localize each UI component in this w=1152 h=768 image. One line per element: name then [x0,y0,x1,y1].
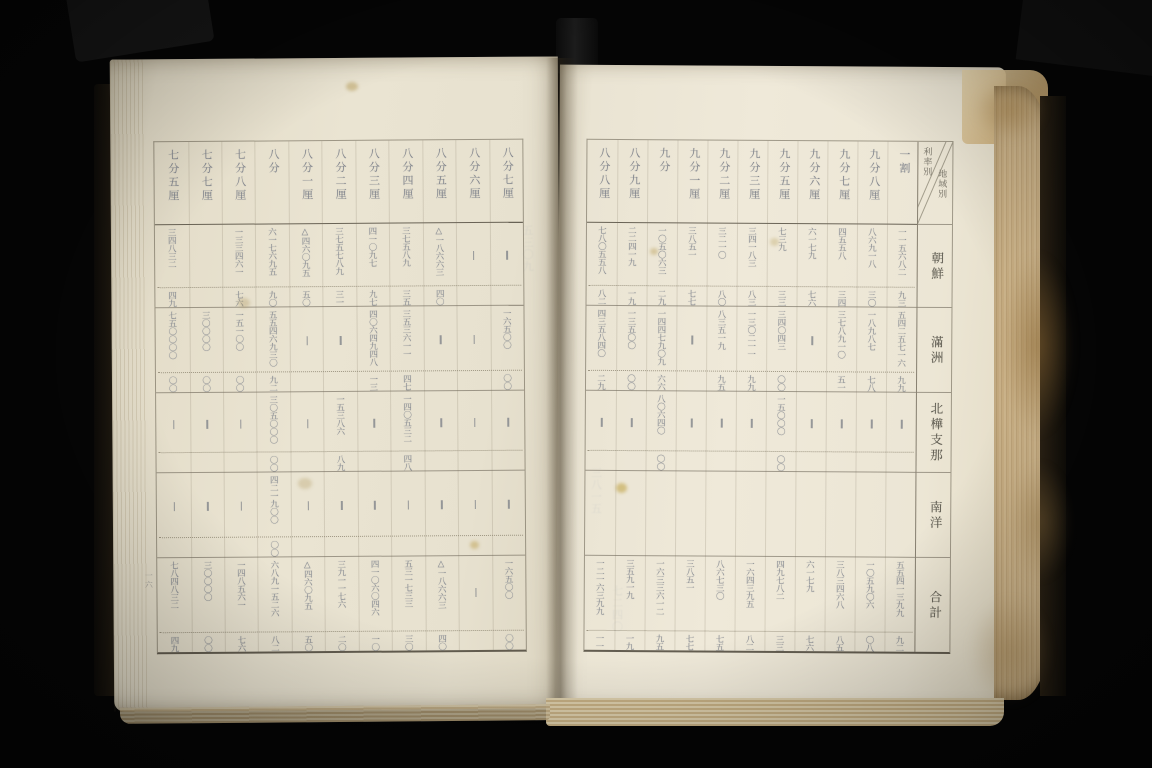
table-header-row: 七分五厘七分七厘七分八厘八分八分一厘八分二厘八分三厘八分四厘八分五厘八分六厘八分… [154,140,523,225]
column-header: 九分二厘 [716,148,732,202]
dash-mark [307,501,309,510]
amount-sen: 九二 [268,375,280,391]
column-header: 一割 [896,149,912,176]
decimal-separator-line [588,370,914,373]
amount-yen: 一四〇五三二 [401,394,413,442]
amount-sen: 二九 [656,289,668,305]
amount-yen: 八六七三〇 [714,560,726,600]
dash-mark [506,251,508,260]
dash-mark [341,501,343,510]
rate-table-left-page: 七分五厘七分七厘七分八厘八分八分一厘八分二厘八分三厘八分四厘八分五厘八分六厘八分… [153,139,527,655]
dash-mark [721,419,723,428]
dash-mark [601,418,603,427]
amount-sen: 三〇 [403,634,415,650]
table-header-row: 八分八厘八分九厘九分九分一厘九分二厘九分三厘九分五厘九分六厘九分七厘九分八厘一割 [587,140,917,224]
foxing-spot [238,298,250,308]
dash-mark [440,335,442,344]
column-header: 九分七厘 [836,148,852,202]
margin-note: 一六 [143,571,154,589]
column-header: 七分五厘 [165,149,181,203]
amount-yen: 一六四三九五 [744,560,756,608]
amount-sen: 一三 [368,375,380,391]
dash-mark [691,335,693,344]
column-header: 八分七厘 [499,147,515,201]
amount-yen: 一〇五九〇六 [864,561,876,609]
right-page: 八分八厘八分九厘九分九分一厘九分二厘九分三厘九分五厘九分六厘九分七厘九分八厘一割… [556,65,1006,710]
stain [1000,252,1074,438]
page-block-bottom-edge [546,698,1004,726]
amount-yen: 四一〇九七 [367,227,379,267]
amount-yen: 三八五一 [684,559,696,591]
ink-showthrough: 三八一五 [587,467,603,515]
amount-sen: 四七 [401,374,413,390]
column-header: 八分四厘 [399,147,415,201]
amount-sen: 六六 [655,374,667,390]
dash-mark [901,420,903,429]
dash-mark [340,336,342,345]
axis-label-region: 地域別 [936,169,949,199]
amount-yen: 一八九八七 [866,311,878,351]
amount-sen: 七七 [684,634,696,650]
region-label-cell: 北樺支那 [916,392,950,473]
decimal-separator-line [160,630,524,634]
amount-sen: 〇〇 [775,375,787,391]
amount-sen: 七五 [714,635,726,651]
decimal-separator-line [588,450,914,453]
amount-yen: 一〇五〇六三 [656,226,668,274]
amount-yen: 一五三八六 [335,395,347,435]
amount-yen: 六一七九 [804,560,816,592]
stain [975,80,1045,140]
region-label: 滿洲 [927,335,945,366]
region-label: 北樺支那 [927,402,945,464]
decimal-separator-line [158,450,522,454]
amount-sen: 九七 [367,290,379,306]
amount-yen: 八三五一九 [716,310,728,350]
amount-sen: 八二 [744,635,756,651]
amount-sen: 四〇 [437,634,449,650]
dash-mark [811,336,813,345]
decimal-separator-line [159,535,523,539]
amount-yen: 三〇五〇〇〇 [268,395,280,443]
table-row [585,470,916,558]
amount-sen: 五〇 [303,635,315,651]
stain [1008,462,1072,582]
foxing-spot [770,238,779,246]
amount-yen: 四二一九〇〇 [268,475,280,523]
amount-yen: 六一七六九五 [266,227,278,275]
region-label-cell: 南洋 [916,472,951,558]
amount-yen: 四五五八 [836,227,848,259]
amount-sen: 九五 [654,634,666,650]
amount-yen: 八〇六四〇 [655,394,667,434]
dash-mark [473,251,475,260]
amount-yen: 三四八三二 [166,228,178,268]
table-row: 七五〇〇〇〇〇〇三〇〇〇〇〇〇一五一〇〇〇〇五五四六九三〇九二四〇六四九四八一三… [155,305,524,394]
stain [968,596,1052,706]
amount-sen: 八三 [746,290,758,306]
amount-yen: △一八六六三 [434,226,446,276]
amount-yen: 一六五〇〇 [503,559,515,599]
table-row: 四三五八四〇二九一三五〇〇〇〇一四四七九〇九六六八三五一九九五一三〇二一一九九三… [586,305,917,393]
amount-sen: 七七 [686,289,698,305]
amount-sen: 〇〇 [625,374,637,390]
amount-yen: 六八九一五二六 [269,560,281,616]
amount-yen: 三五三六一一 [401,309,413,357]
amount-yen: 三七五八九 [400,226,412,266]
book-gutter-shadow [546,58,578,708]
amount-sen: 九九 [895,376,907,392]
amount-yen: 三七五七八九 [333,227,345,275]
amount-sen: 〇〇 [201,376,213,392]
dash-mark [475,500,477,509]
table-row: 七八四八三二四九三〇〇〇〇〇〇一四八五六一七六六八九一五二六八二△四六〇九五五〇… [157,555,526,654]
dash-mark [240,502,242,511]
region-label-column: 利率別地域別朝鮮滿洲北樺支那南洋合計 [914,142,952,652]
dash-mark [441,500,443,509]
amount-sen: 七六 [804,635,816,651]
amount-sen: 八九 [335,455,347,471]
column-header: 九分三厘 [746,148,762,202]
column-header: 九分一厘 [686,147,702,201]
column-header: 七分八厘 [231,149,247,203]
table-row: 八〇六四〇〇〇一五〇〇〇〇〇 [585,390,915,473]
column-header: 八分六厘 [466,147,482,201]
column-header: 八分五厘 [432,147,448,201]
amount-sen: 三五 [401,289,413,305]
amount-sen: 〇〇 [234,376,246,392]
dash-mark [174,502,176,511]
dash-mark [475,588,477,597]
amount-sen: 四八 [402,454,414,470]
table-row: 三〇五〇〇〇〇〇一五三八六八九一四〇五三二四八 [156,390,524,474]
amount-sen: 〇〇 [268,455,280,471]
amount-yen: 四九七八二 [774,560,786,600]
amount-yen: 三五九一九 [624,559,636,599]
amount-sen: 三〇 [866,291,878,307]
amount-sen: 五一 [835,375,847,391]
foxing-spot [616,483,627,493]
amount-sen: 〇〇 [167,376,179,392]
amount-sen: 二九 [595,374,607,390]
amount-yen: 一四八五六一 [235,561,247,609]
amount-yen: 一三三四六一 [233,228,245,276]
decimal-separator-line [589,285,915,288]
amount-yen: 六一七九 [806,227,818,259]
column-header: 九分八厘 [866,149,882,203]
decimal-separator-line [157,285,521,289]
foxing-spot [650,248,658,255]
amount-sen: 四九 [167,291,179,307]
dash-mark [474,418,476,427]
amount-sen: 一九 [626,289,638,305]
amount-sen: 九五 [715,375,727,391]
axis-label-rate: 利率別 [921,147,934,177]
amount-yen: 二二四一九 [626,226,638,266]
column-header: 八分三厘 [365,148,381,202]
amount-yen: 一三〇二一一 [746,310,758,358]
amount-yen: 三〇〇〇〇 [202,561,214,601]
region-label: 南洋 [926,500,944,531]
book-cradle-corner [65,0,214,63]
dash-mark [307,419,309,428]
amount-sen: 〇〇 [775,455,787,471]
dash-mark [691,418,693,427]
amount-sen: 三四 [836,290,848,306]
dash-mark [408,500,410,509]
amount-yen: 三四〇四三 [776,310,788,350]
axis-corner-cell: 利率別地域別 [918,142,953,224]
amount-sen: 七六 [806,290,818,306]
amount-sen: 〇八 [864,636,876,652]
amount-sen: 三一 [334,290,346,306]
foxing-spot [470,541,479,549]
amount-yen: 三八三四六八 [834,560,846,608]
amount-yen: 一一五六八二 [896,228,908,276]
amount-yen: 七五〇〇〇〇 [167,311,179,359]
dash-mark [507,418,509,427]
dash-mark [508,500,510,509]
dash-mark [841,419,843,428]
amount-sen: 〇〇 [655,454,667,470]
amount-sen: 九〇 [267,290,279,306]
amount-sen: 四九 [169,636,181,652]
amount-sen: 〇〇 [503,634,515,650]
amount-sen: 三三 [774,635,786,651]
column-header: 八分二厘 [332,148,348,202]
column-header: 八分八厘 [596,147,612,201]
amount-sen: 九二 [894,636,906,652]
amount-yen: 一四四七九〇九 [656,309,668,365]
amount-yen: 五三一七三三 [403,559,415,607]
foxing-spot [346,82,358,91]
ink-showthrough: 五三〇九 [519,225,535,273]
dash-mark [441,418,443,427]
amount-yen: 一二一六三九九 [594,559,606,615]
region-label-cell: 合計 [915,557,950,653]
amount-sen: 〇〇 [502,374,514,390]
region-label: 朝鮮 [928,251,946,282]
amount-yen: △四六〇九五 [302,560,314,610]
amount-sen: 一一 [594,634,606,650]
amount-sen: 七八 [865,376,877,392]
amount-yen: △一八六六三 [436,559,448,609]
column-header: 九分六厘 [806,148,822,202]
amount-yen: 四一〇六〇四六 [369,560,381,616]
dash-mark [473,335,475,344]
amount-yen: 一三五〇〇 [626,309,638,349]
amount-yen: 一五〇〇〇 [775,395,787,435]
amount-sen: 一九 [624,634,636,650]
amount-sen: 八〇 [716,290,728,306]
dash-mark [374,501,376,510]
amount-yen: 五四二五七一六 [896,311,908,367]
decimal-separator-line [158,370,522,374]
amount-yen: 三八五一 [686,226,698,258]
amount-yen: 三四一八三 [746,227,758,267]
amount-yen: 三〇〇〇〇 [200,311,212,351]
region-label-cell: 滿洲 [917,307,952,393]
amount-sen: 八五 [834,635,846,651]
photo-open-ledger-book: 七分五厘七分七厘七分八厘八分八分一厘八分二厘八分三厘八分四厘八分五厘八分六厘八分… [0,0,1152,768]
amount-yen: 五五四六九三〇 [267,310,279,366]
amount-yen: 四三五八四〇 [596,309,608,357]
left-page: 七分五厘七分七厘七分八厘八分八分一厘八分二厘八分三厘八分四厘八分五厘八分六厘八分… [110,56,563,711]
amount-sen: 五〇 [300,290,312,306]
amount-yen: 四〇六四九四八 [367,310,379,366]
column-header: 八分九厘 [626,147,642,201]
amount-yen: 三九一一七六 [336,560,348,608]
book-cradle-corner [1016,0,1152,76]
region-label: 合計 [926,590,944,621]
amount-sen: 九九 [745,375,757,391]
amount-yen: 一六三三六一二 [654,559,666,615]
amount-yen: 七八四八三二 [168,561,180,609]
column-header: 七分七厘 [198,149,214,203]
column-header: 九分五厘 [776,148,792,202]
dash-mark [240,420,242,429]
dash-mark [631,418,633,427]
column-header: 九分 [656,147,672,174]
amount-sen: 一〇 [370,635,382,651]
amount-sen: 四〇 [434,289,446,305]
amount-yen: 五五四一三九九 [894,561,906,617]
region-label-cell: 朝鮮 [917,224,952,308]
table-row: 一二一六三九九一一三五九一九一九一六三三六一二九五三八五一七七八六七三〇七五一六… [584,555,915,653]
dash-mark [811,419,813,428]
dash-mark [374,419,376,428]
amount-yen: 一六五〇〇 [501,309,513,349]
amount-sen: 七六 [236,636,248,652]
dash-mark [306,336,308,345]
amount-sen: 九三 [896,291,908,307]
amount-sen: 二〇 [336,635,348,651]
table-row: 七八〇五五八八二二二四一九一九一〇五〇六三二九三八五一七七三二一〇八〇三四一八三… [586,222,917,308]
dash-mark [206,420,208,429]
amount-sen: 三三 [776,290,788,306]
ink-showthrough: 七二四〇 [608,585,624,633]
amount-yen: 三七八九一〇 [836,310,848,358]
column-header: 八分 [265,148,281,175]
amount-yen: 三二一〇 [716,227,728,259]
amount-sen: 〇〇 [269,540,281,556]
foxing-spot [298,478,312,489]
amount-sen: 〇〇 [202,636,214,652]
dash-mark [173,420,175,429]
table-row: 三四八三二四九一三三四六一七六六一七六九五九〇△四六〇九五五〇三七五七八九三一四… [155,222,524,309]
dash-mark [871,420,873,429]
page-stack-edge-left [110,59,149,711]
decimal-separator-line [587,630,913,633]
amount-yen: 一五一〇〇 [234,311,246,351]
rate-table-right-page: 八分八厘八分九厘九分九分一厘九分二厘九分三厘九分五厘九分六厘九分七厘九分八厘一割… [583,139,953,654]
amount-sen: 八二 [596,289,608,305]
dash-mark [207,502,209,511]
amount-yen: 七八〇五五八 [596,226,608,274]
amount-sen: 八二 [269,635,281,651]
column-header: 八分一厘 [298,148,314,202]
amount-yen: 八六九一八 [866,228,878,268]
dash-mark [751,419,753,428]
amount-yen: △四六〇九五 [300,227,312,277]
